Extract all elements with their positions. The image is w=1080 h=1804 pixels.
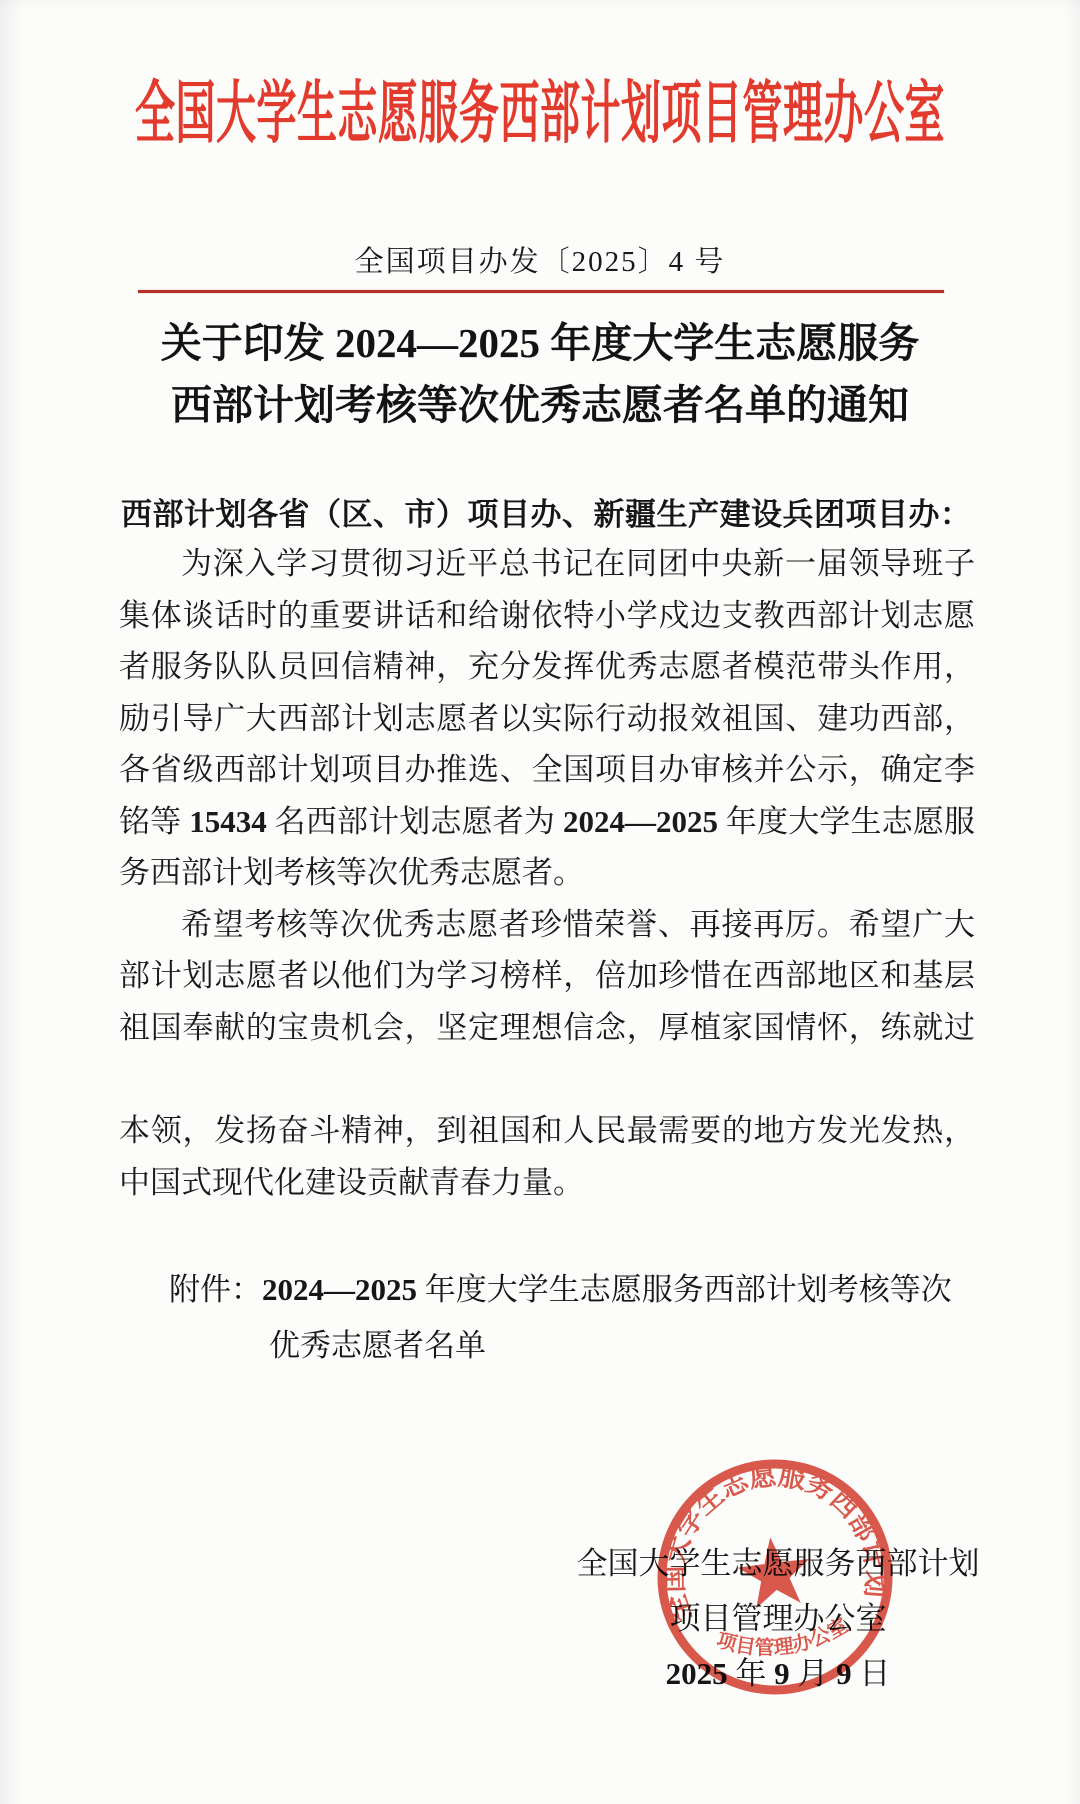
body-line: 铭等 15434 名西部计划志愿者为 2024—2025 年度大学生志愿服 [119,796,975,848]
attachment-line: 附件：2024—2025 年度大学生志愿服务西部计划考核等次 [119,1262,989,1318]
body-line: 中国式现代化建设贡献青春力量。 [119,1157,975,1209]
issuing-authority-header: 全国大学生志愿服务西部计划项目管理办公室 [130,60,950,157]
official-seal: 全国大学生志愿服务西部计划 项目管理办公室 [632,1434,917,1719]
notice-title-line-1: 关于印发 2024—2025 年度大学生志愿服务 [0,312,1080,374]
notice-title: 关于印发 2024—2025 年度大学生志愿服务 西部计划考核等次优秀志愿者名单… [0,312,1080,436]
seal-ring-text: 全国大学生志愿服务西部计划 [644,1448,895,1627]
body-line: 本领，发扬奋斗精神，到祖国和人民最需要的地方发光发热，为 [119,1105,975,1157]
body-line: 务西部计划考核等次优秀志愿者。 [119,847,975,899]
body-text: 为深入学习贯彻习近平总书记在同团中央新一届领导班子集体谈话时的重要讲话和给谢依特… [119,538,975,1208]
notice-title-line-2: 西部计划考核等次优秀志愿者名单的通知 [0,374,1080,436]
body-line: 各省级西部计划项目办推选、全国项目办审核并公示，确定李嘉 [119,744,975,796]
body-line: 部计划志愿者以他们为学习榜样，倍加珍惜在西部地区和基层为 [119,950,975,1002]
attachment-line: 优秀志愿者名单 [119,1318,989,1374]
addressee-line: 西部计划各省（区、市）项目办、新疆生产建设兵团项目办： [121,489,972,534]
body-line: 为深入学习贯彻习近平总书记在同团中央新一届领导班子 [119,538,975,590]
body-line: 祖国奉献的宝贵机会，坚定理想信念，厚植家国情怀，练就过硬 [119,1002,975,1054]
body-line: 者服务队队员回信精神，充分发挥优秀志愿者模范带头作用，激 [119,641,975,693]
body-line: 励引导广大西部计划志愿者以实际行动报效祖国、建功西部，经 [119,693,975,745]
body-line: 集体谈话时的重要讲话和给谢依特小学戍边支教西部计划志愿 [119,590,975,642]
star-icon [734,1533,814,1610]
document-page: 全国大学生志愿服务西部计划项目管理办公室 全国项目办发〔2025〕4 号 关于印… [0,0,1080,1804]
seal-bottom-text: 项目管理办公室 [711,1612,854,1667]
body-line: 希望考核等次优秀志愿者珍惜荣誉、再接再厉。希望广大西 [119,899,975,951]
red-separator-line [138,290,944,293]
attachment-note: 附件：2024—2025 年度大学生志愿服务西部计划考核等次优秀志愿者名单 [119,1262,989,1374]
document-number: 全国项目办发〔2025〕4 号 [0,239,1080,280]
